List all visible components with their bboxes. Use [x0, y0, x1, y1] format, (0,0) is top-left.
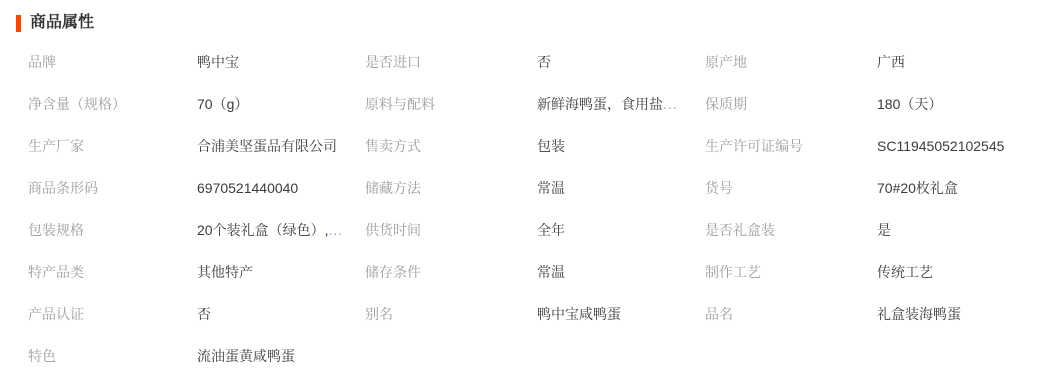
attribute-value-text: 包装: [537, 138, 565, 154]
expand-ellipsis-link[interactable]: ...: [663, 96, 678, 112]
expand-ellipsis-link[interactable]: ...: [328, 222, 343, 238]
attribute-label: 包装规格: [28, 220, 197, 240]
attribute-value-text: SC11945052102545: [877, 138, 1004, 154]
attribute-label: 原产地: [705, 52, 877, 72]
attribute-value: 6970521440040: [197, 180, 365, 196]
attribute-value: 常温: [537, 262, 705, 282]
attribute-row: 生产厂家合浦美坚蛋品有限公司售卖方式包装生产许可证编号SC11945052102…: [28, 125, 1045, 167]
attribute-value-text: 鸭中宝咸鸭蛋: [537, 306, 621, 322]
attribute-value-text: 礼盒装海鸭蛋: [877, 306, 961, 322]
attribute-value-text: 否: [537, 54, 551, 70]
attribute-value: 鸭中宝咸鸭蛋: [537, 304, 705, 324]
attribute-label: 制作工艺: [705, 262, 877, 282]
attribute-label: 生产许可证编号: [705, 136, 877, 156]
attribute-label: 生产厂家: [28, 136, 197, 156]
attribute-value-text: 是: [877, 222, 891, 238]
attribute-value: 70（g）: [197, 94, 365, 114]
attribute-row: 品牌鸭中宝是否进口否原产地广西: [28, 41, 1045, 83]
attribute-value: 180（天）: [877, 94, 1045, 114]
attribute-value: 包装: [537, 136, 705, 156]
attribute-value-text: 广西: [877, 54, 905, 70]
attribute-row: 产品认证否别名鸭中宝咸鸭蛋品名礼盒装海鸭蛋: [28, 293, 1045, 335]
attribute-value: 常温: [537, 178, 705, 198]
attribute-value: 合浦美坚蛋品有限公司: [197, 136, 365, 156]
attribute-value-text: 180（天）: [877, 96, 942, 112]
attribute-value-text: 否: [197, 306, 211, 322]
attribute-value-text: 流油蛋黄咸鸭蛋: [197, 348, 295, 364]
attribute-row: 特色流油蛋黄咸鸭蛋: [28, 335, 1045, 374]
attribute-value-text: 合浦美坚蛋品有限公司: [197, 138, 337, 154]
attribute-row: 特产品类其他特产储存条件常温制作工艺传统工艺: [28, 251, 1045, 293]
attribute-value-text: 全年: [537, 222, 565, 238]
attribute-value: 礼盒装海鸭蛋: [877, 304, 1045, 324]
attribute-label: 别名: [365, 304, 537, 324]
attribute-value: 否: [537, 52, 705, 72]
attribute-value-text: 其他特产: [197, 264, 253, 280]
attribute-label: 产品认证: [28, 304, 197, 324]
attribute-value: 是: [877, 220, 1045, 240]
attribute-value: 否: [197, 304, 365, 324]
attribute-value-text: 70（g）: [197, 96, 248, 112]
attribute-label: 是否礼盒装: [705, 220, 877, 240]
attributes-table: 品牌鸭中宝是否进口否原产地广西净含量（规格）70（g）原料与配料新鲜海鸭蛋，食用…: [0, 41, 1045, 374]
attribute-label: 商品条形码: [28, 178, 197, 198]
product-attributes-section: 商品属性 品牌鸭中宝是否进口否原产地广西净含量（规格）70（g）原料与配料新鲜海…: [0, 0, 1045, 374]
attribute-value-text: 6970521440040: [197, 180, 298, 196]
attribute-value-text: 鸭中宝: [197, 54, 239, 70]
attribute-label: 品牌: [28, 52, 197, 72]
attribute-value-text: 70#20枚礼盒: [877, 180, 958, 196]
attribute-label: 原料与配料: [365, 94, 537, 114]
attribute-value: 70#20枚礼盒: [877, 178, 1045, 198]
attribute-value: SC11945052102545: [877, 138, 1045, 154]
attribute-value-text: 新鲜海鸭蛋，食用盐: [537, 96, 663, 112]
attribute-value-text: 常温: [537, 264, 565, 280]
attribute-value: 鸭中宝: [197, 52, 365, 72]
attribute-label: 储存条件: [365, 262, 537, 282]
attribute-label: 特产品类: [28, 262, 197, 282]
attribute-label: 是否进口: [365, 52, 537, 72]
attribute-label: 供货时间: [365, 220, 537, 240]
attribute-value: 20个装礼盒（绿色）,...: [197, 220, 365, 240]
section-accent-bar: [16, 15, 21, 32]
attribute-label: 特色: [28, 346, 197, 366]
attribute-value-text: 常温: [537, 180, 565, 196]
attribute-row: 商品条形码6970521440040储藏方法常温货号70#20枚礼盒: [28, 167, 1045, 209]
attribute-value-text: 20个装礼盒（绿色）,: [197, 222, 328, 238]
attribute-row: 包装规格20个装礼盒（绿色）,...供货时间全年是否礼盒装是: [28, 209, 1045, 251]
attribute-value: 新鲜海鸭蛋，食用盐...: [537, 94, 705, 114]
attribute-label: 保质期: [705, 94, 877, 114]
attribute-value: 传统工艺: [877, 262, 1045, 282]
section-header: 商品属性: [16, 13, 1045, 33]
attribute-value: 其他特产: [197, 262, 365, 282]
attribute-value: 全年: [537, 220, 705, 240]
section-title: 商品属性: [30, 13, 94, 33]
attribute-value-text: 传统工艺: [877, 264, 933, 280]
attribute-row: 净含量（规格）70（g）原料与配料新鲜海鸭蛋，食用盐...保质期180（天）: [28, 83, 1045, 125]
attribute-label: 售卖方式: [365, 136, 537, 156]
attribute-value: 流油蛋黄咸鸭蛋: [197, 346, 365, 366]
attribute-label: 品名: [705, 304, 877, 324]
attribute-label: 货号: [705, 178, 877, 198]
attribute-value: 广西: [877, 52, 1045, 72]
attribute-label: 储藏方法: [365, 178, 537, 198]
attribute-label: 净含量（规格）: [28, 94, 197, 114]
